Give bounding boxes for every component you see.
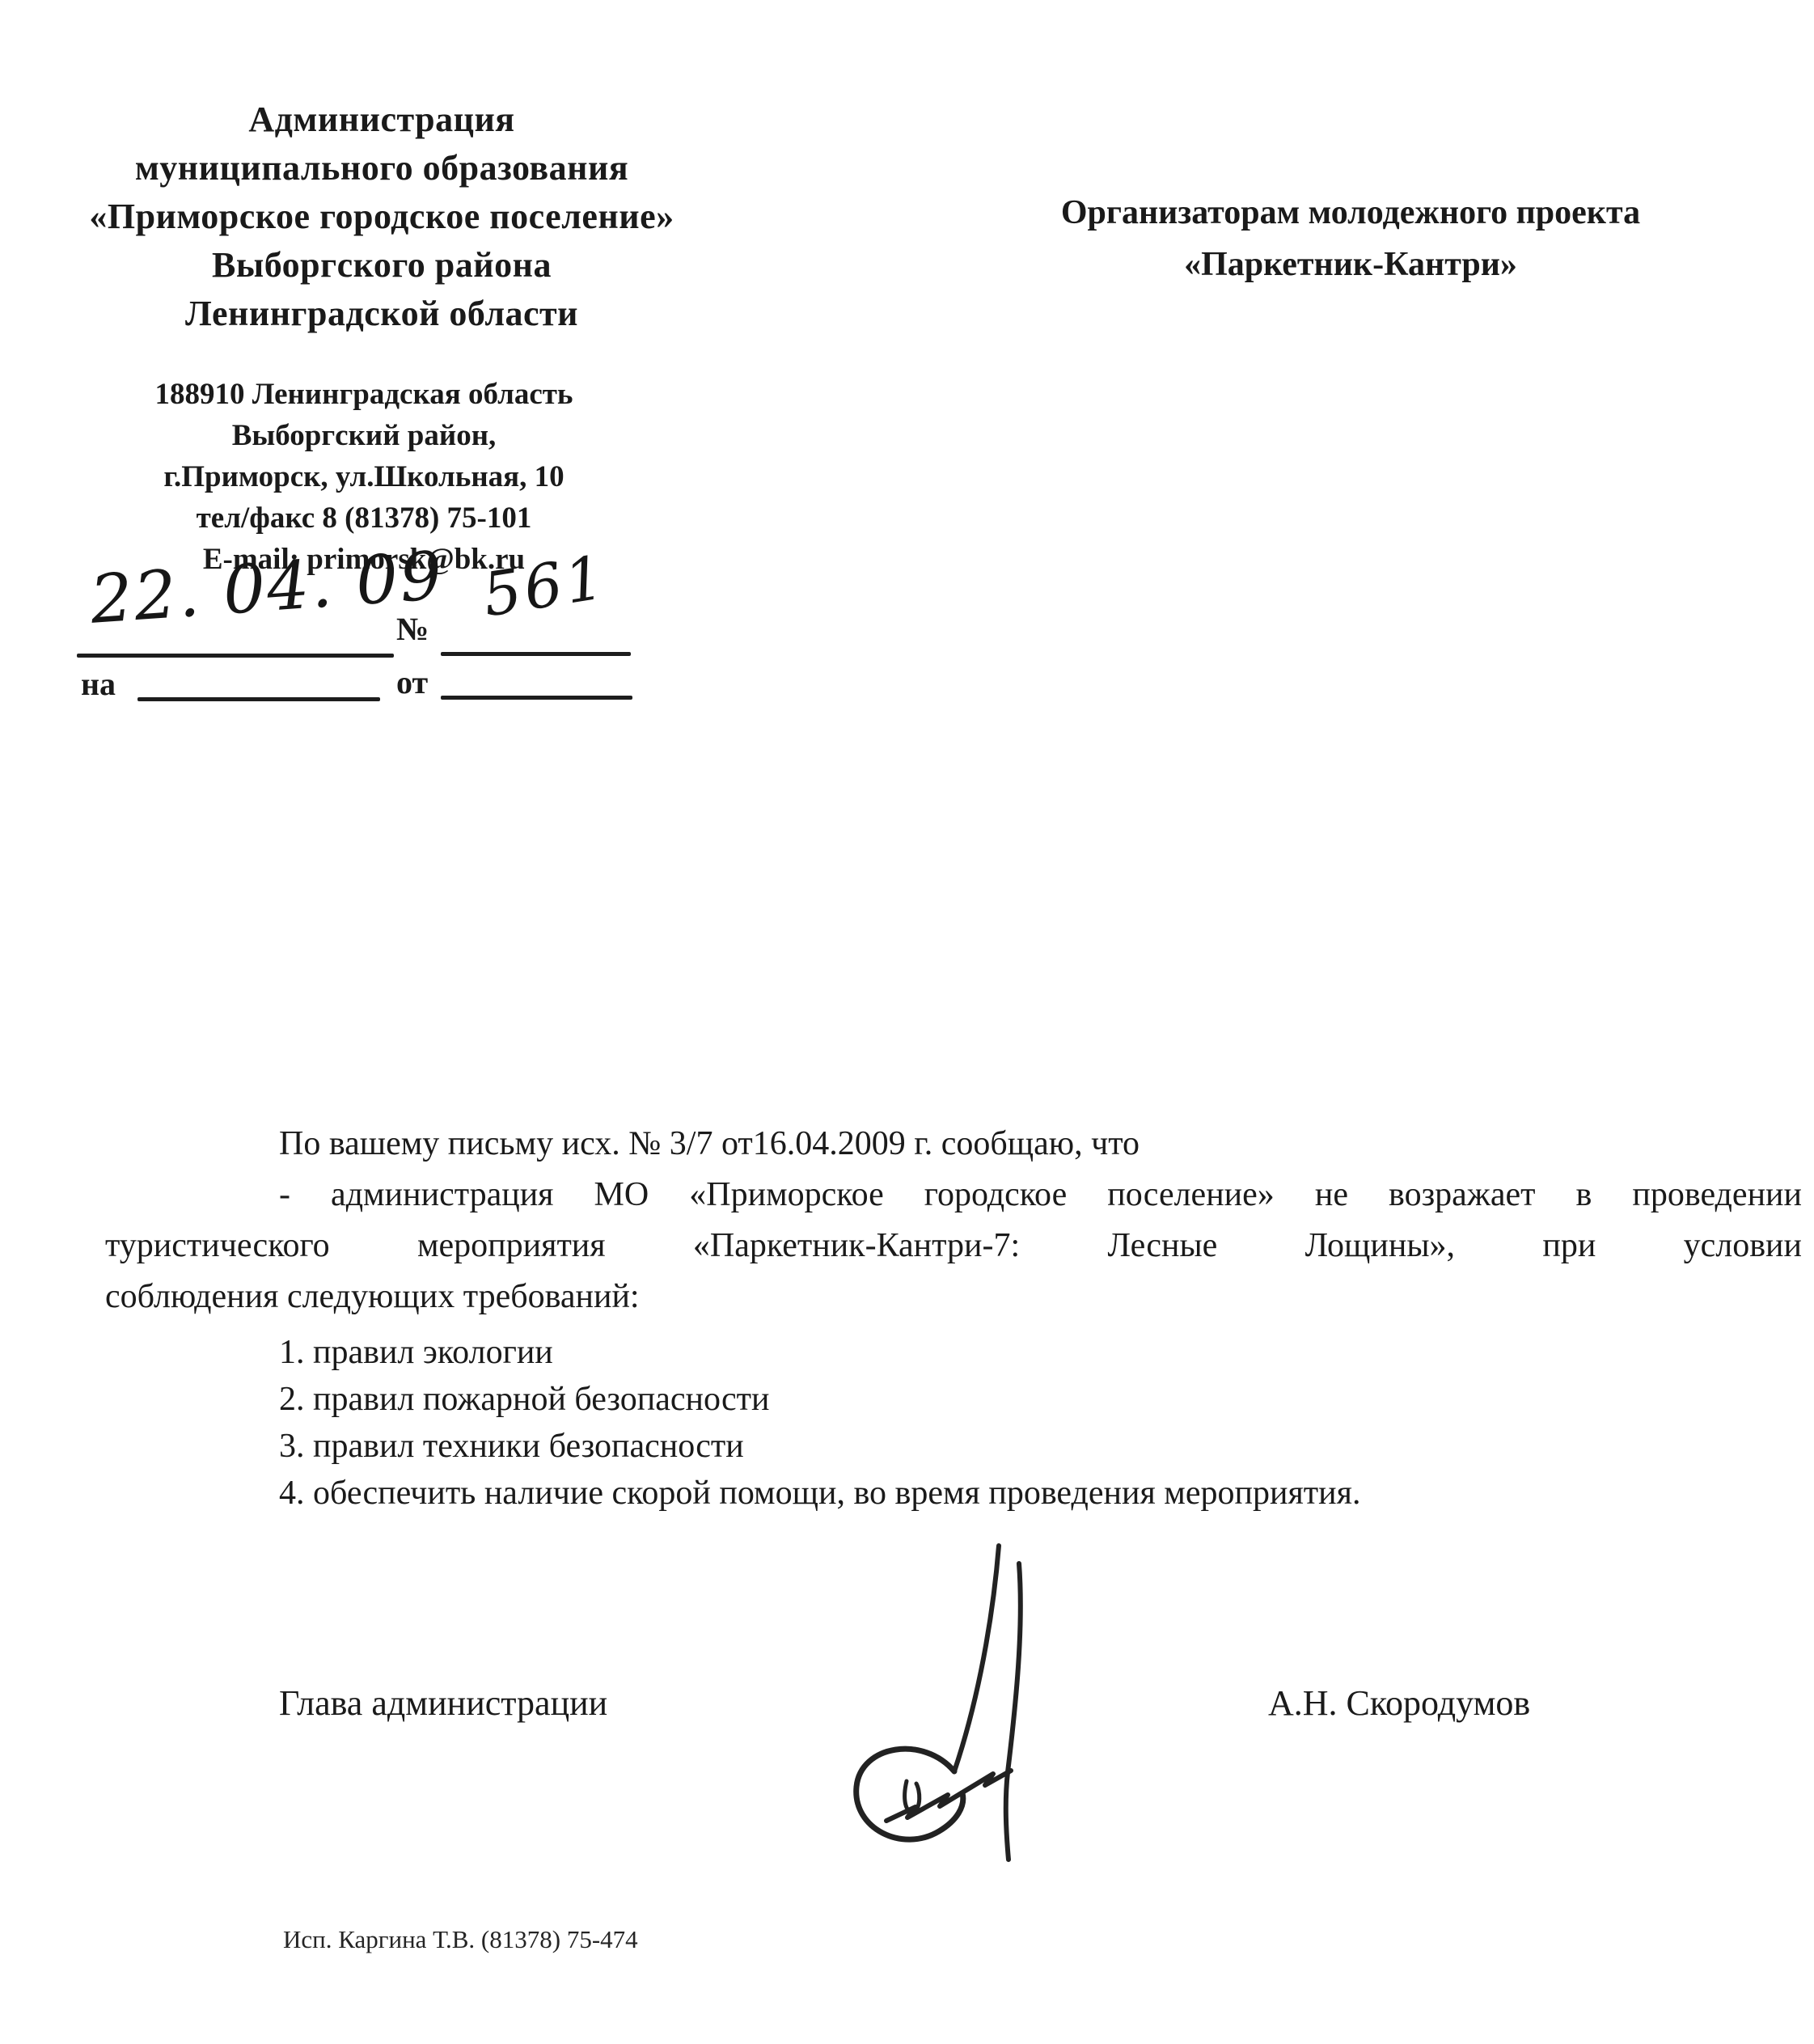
address-line: Выборгский район, xyxy=(69,415,659,456)
address-line: г.Приморск, ул.Школьная, 10 xyxy=(69,456,659,497)
handwritten-outgoing-number: 561 xyxy=(479,547,611,625)
recipient-line: «Паркетник-Кантри» xyxy=(970,239,1731,290)
address-line: тел/факс 8 (81378) 75-101 xyxy=(69,497,659,539)
address-line: 188910 Ленинградская область xyxy=(69,374,659,415)
recipient-block: Организаторам молодежного проекта «Парке… xyxy=(970,187,1731,290)
body-paragraph-2-line: - администрация МО «Приморское городское… xyxy=(105,1170,1802,1221)
list-item: 1. правил экологии xyxy=(279,1329,1802,1376)
body-paragraph-1: По вашему письму исх. № 3/7 от16.04.2009… xyxy=(105,1119,1802,1170)
number-sign-label: № xyxy=(396,613,429,645)
recipient-line: Организаторам молодежного проекта xyxy=(970,187,1731,239)
ot-label: от xyxy=(396,667,428,699)
list-item: 4. обеспечить наличие скорой помощи, во … xyxy=(279,1470,1802,1517)
number-underline xyxy=(441,652,631,656)
scanned-letter-page: Администрация муниципального образования… xyxy=(0,0,1814,2044)
date-underline xyxy=(77,654,394,658)
org-line: «Приморское городское поселение» xyxy=(58,193,705,241)
body-paragraph-2-line: туристического мероприятия «Паркетник-Ка… xyxy=(105,1221,1802,1272)
body-paragraph-2-line: соблюдения следующих требований: xyxy=(105,1272,1802,1322)
letterhead-org-block: Администрация муниципального образования… xyxy=(58,95,705,338)
signer-title: Глава администрации xyxy=(279,1682,607,1724)
org-line: муниципального образования xyxy=(58,144,705,193)
requirements-list: 1. правил экологии 2. правил пожарной бе… xyxy=(279,1329,1802,1517)
org-line: Администрация xyxy=(58,95,705,144)
ot-underline xyxy=(441,696,632,700)
signer-name: А.Н. Скородумов xyxy=(1268,1682,1530,1724)
handwritten-signature xyxy=(825,1539,1059,1863)
letter-body: По вашему письму исх. № 3/7 от16.04.2009… xyxy=(105,1119,1802,1517)
org-line: Выборгского района xyxy=(58,241,705,290)
na-underline xyxy=(137,697,380,701)
list-item: 2. правил пожарной безопасности xyxy=(279,1376,1802,1423)
na-label: на xyxy=(81,668,116,700)
executor-note: Исп. Каргина Т.В. (81378) 75-474 xyxy=(283,1925,638,1954)
org-line: Ленинградской области xyxy=(58,290,705,338)
list-item: 3. правил техники безопасности xyxy=(279,1423,1802,1470)
